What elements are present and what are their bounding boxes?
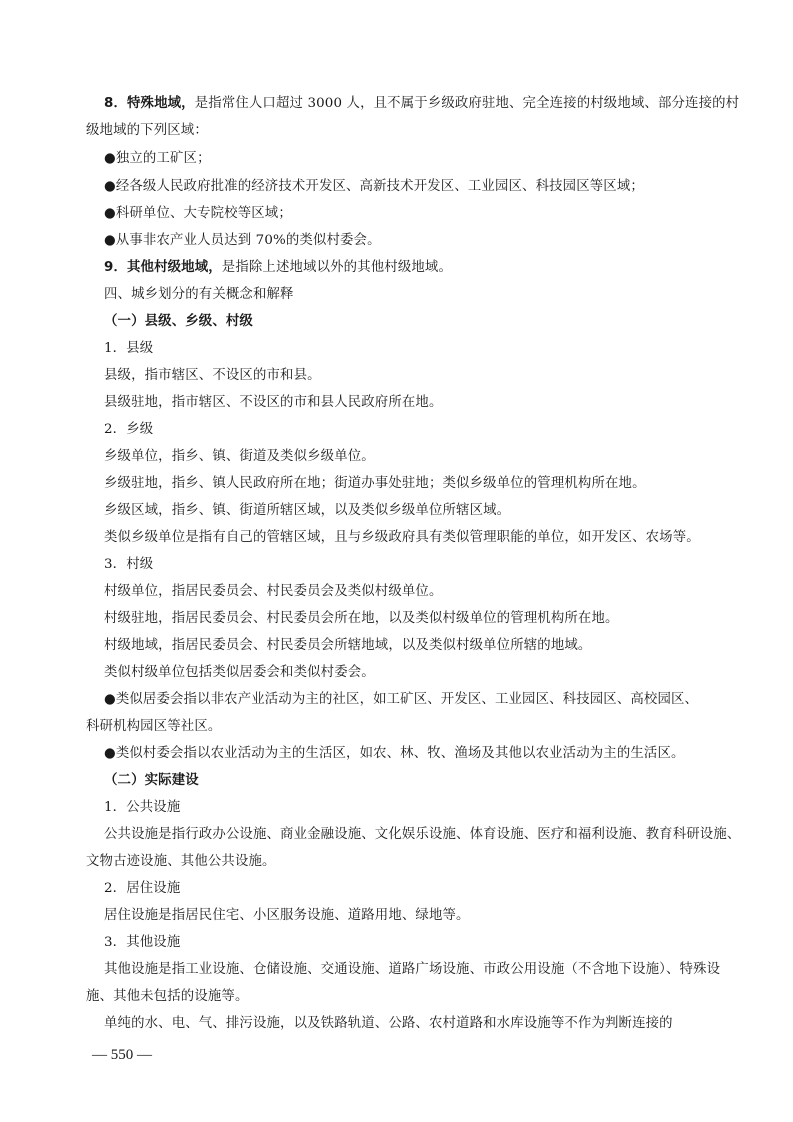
paragraph-line: 乡级驻地，指乡、镇人民政府所在地；街道办事处驻地；类似乡级单位的管理机构所在地。 [104,476,646,492]
item-heading: 3．其他设施 [104,935,180,951]
paragraph-line: 居住设施是指居民住宅、小区服务设施、道路用地、绿地等。 [104,908,470,924]
paragraph-line: 乡级区域，指乡、镇、街道所辖区域，以及类似乡级单位所辖区域。 [104,503,510,519]
bullet-item: ●独立的工矿区； [104,151,211,167]
section-heading: 四、城乡划分的有关概念和解释 [104,287,294,303]
paragraph-line: 其他设施是指工业设施、仓储设施、交通设施、道路广场设施、市政公用设施（不含地下设… [104,962,720,978]
bold-term: 8．特殊地域， [104,96,195,111]
paragraph-other-village-area: 9．其他村级地域，是指除上述地域以外的其他村级地域。 [104,260,452,276]
paragraph-line: 施、其他未包括的设施等。 [86,989,249,1005]
item-heading: 3．村级 [104,557,153,573]
paragraph-line: 公共设施是指行政办公设施、商业金融设施、文化娱乐设施、体育设施、医疗和福利设施、… [104,827,740,843]
paragraph-line: 类似村级单位包括类似居委会和类似村委会。 [104,665,375,681]
item-heading: 2．居住设施 [104,881,180,897]
paragraph-line: 类似乡级单位是指有自己的管辖区域，且与乡级政府具有类似管理职能的单位，如开发区、… [104,530,700,546]
paragraph-line: 县级，指市辖区、不设区的市和县。 [104,368,321,384]
paragraph-line: 单纯的水、电、气、排污设施，以及铁路轨道、公路、农村道路和水库设施等不作为判断连… [104,1016,673,1032]
paragraph-line: 科研机构园区等社区。 [86,719,221,735]
paragraph-line: 乡级单位，指乡、镇、街道及类似乡级单位。 [104,449,375,465]
subsection-heading: （二）实际建设 [104,773,199,789]
bullet-item: ●类似居委会指以非农产业活动为主的社区，如工矿区、开发区、工业园区、科技园区、高… [104,692,698,708]
paragraph-line: 级地域的下列区域： [86,123,208,139]
page-number: — 550 — [92,1047,152,1064]
paragraph-line: 村级驻地，指居民委员会、村民委员会所在地，以及类似村级单位的管理机构所在地。 [104,611,619,627]
paragraph-special-area: 8．特殊地域，是指常住人口超过 3000 人，且不属于乡级政府驻地、完全连接的村… [104,96,739,112]
paragraph-line: 文物古迹设施、其他公共设施。 [86,854,276,870]
item-heading: 1．县级 [104,341,153,357]
bold-term: 9．其他村级地域， [104,260,222,275]
paragraph-line: 村级单位，指居民委员会、村民委员会及类似村级单位。 [104,584,443,600]
bullet-item: ●经各级人民政府批准的经济技术开发区、高新技术开发区、工业园区、科技园区等区域； [104,179,644,195]
bullet-item: ●从事非农产业人员达到 70%的类似村委会。 [104,233,381,249]
bullet-item: ●类似村委会指以农业活动为主的生活区，如农、林、牧、渔场及其他以农业活动为主的生… [104,746,685,762]
paragraph-line: 村级地域，指居民委员会、村民委员会所辖地域，以及类似村级单位所辖的地域。 [104,638,591,654]
document-page: 8．特殊地域，是指常住人口超过 3000 人，且不属于乡级政府驻地、完全连接的村… [0,0,793,1122]
item-heading: 2．乡级 [104,422,153,438]
paragraph-line: 县级驻地，指市辖区、不设区的市和县人民政府所在地。 [104,395,443,411]
bullet-item: ●科研单位、大专院校等区域； [104,206,292,222]
item-heading: 1．公共设施 [104,800,180,816]
subsection-heading: （一）县级、乡级、村级 [104,314,253,330]
